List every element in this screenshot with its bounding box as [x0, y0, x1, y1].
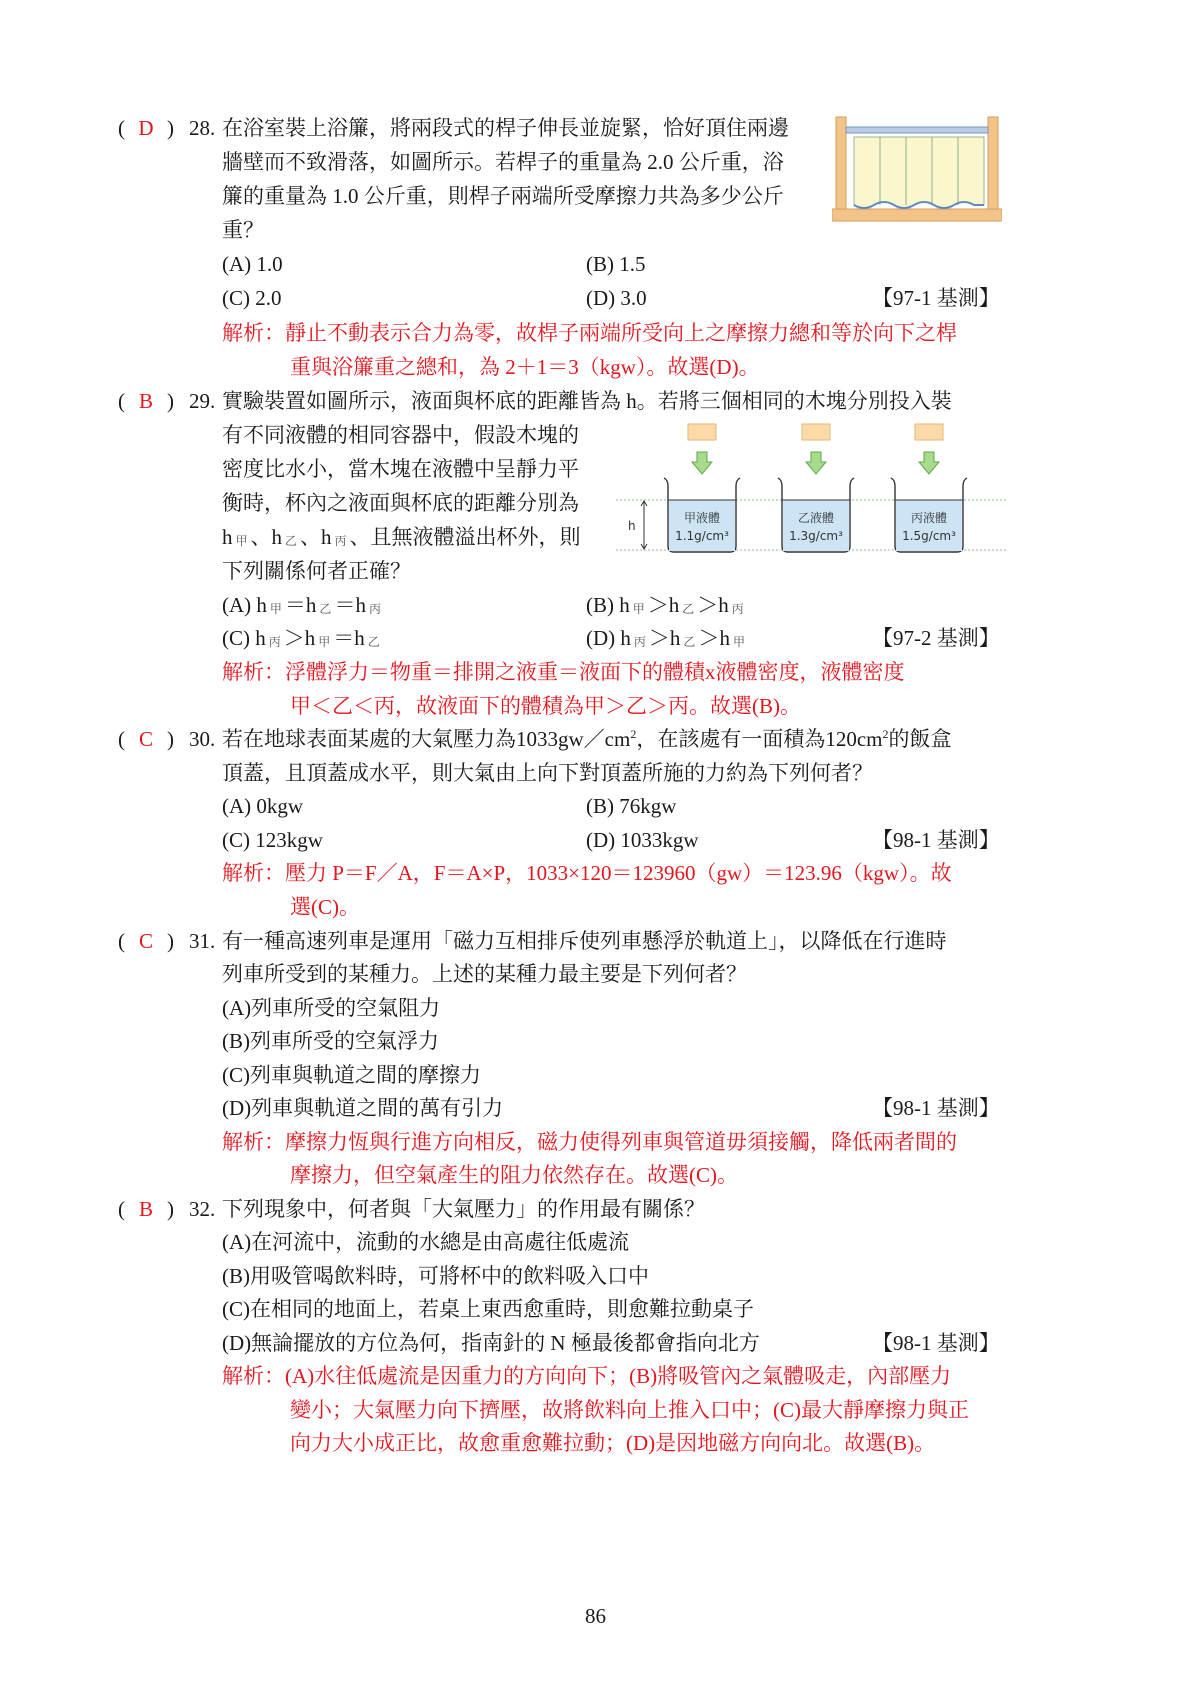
option-c: (C) 2.0 [222, 280, 282, 316]
answer-letter: C [125, 923, 167, 959]
svg-text:1.5g/cm³: 1.5g/cm³ [902, 529, 956, 543]
option-a: (A) 1.0 [222, 246, 283, 282]
exam-source: 【97-1 基測】 [872, 280, 1000, 316]
q30-answer-slot: (C) [118, 721, 174, 757]
svg-text:h: h [628, 519, 636, 533]
exam-source: 【97-2 基測】 [872, 620, 1000, 656]
svg-text:甲液體: 甲液體 [684, 510, 720, 525]
analysis-text: 解析：浮體浮力＝物重＝排開之液重＝液面下的體積x液體密度，液體密度 [222, 654, 905, 690]
exam-source: 【98-1 基測】 [872, 822, 1000, 858]
question-number: 29. [189, 383, 215, 419]
question-stem: 牆壁而不致滑落，如圖所示。若桿子的重量為 2.0 公斤重，浴 [222, 144, 784, 180]
worksheet-page: (D) 28. 在浴室裝上浴簾，將兩段式的桿子伸長並旋緊，恰好頂住兩邊 牆壁而不… [0, 0, 1191, 1684]
option-d: (D) 1033kgw [586, 822, 699, 858]
question-number: 28. [189, 110, 215, 146]
answer-letter: B [125, 1191, 167, 1227]
analysis-text: 向力大小成正比，故愈重愈難拉動；(D)是因地磁方向向北。故選(B)。 [290, 1425, 935, 1461]
answer-letter: B [125, 383, 167, 419]
question-stem: 有一種高速列車是運用「磁力互相排斥使列車懸浮於軌道上」，以降低在行進時 [222, 923, 947, 959]
q28-answer-slot: (D) [118, 110, 174, 146]
option-b: (B)列車所受的空氣浮力 [222, 1023, 439, 1059]
beaker-yi: 乙液體 1.3g/cm³ [778, 424, 854, 552]
page-number: 86 [0, 1604, 1191, 1629]
option-d: (D) 3.0 [586, 280, 647, 316]
option-b: (B) 1.5 [586, 246, 646, 282]
question-number: 30. [189, 721, 215, 757]
analysis-text: 摩擦力，但空氣產生的阻力依然存在。故選(C)。 [290, 1157, 738, 1193]
q29-answer-slot: (B) [118, 383, 174, 419]
question-stem: 頂蓋，且頂蓋成水平，則大氣由上向下對頂蓋所施的力約為下列何者？ [222, 755, 873, 791]
svg-text:丙液體: 丙液體 [911, 510, 947, 525]
svg-text:乙液體: 乙液體 [798, 510, 834, 525]
option-c: (C)列車與軌道之間的摩擦力 [222, 1057, 481, 1093]
analysis-text: 選(C)。 [290, 889, 360, 925]
analysis-text: 解析：摩擦力恆與行進方向相反，磁力使得列車與管道毋須接觸，降低兩者間的 [222, 1124, 957, 1160]
svg-text:1.3g/cm³: 1.3g/cm³ [789, 529, 843, 543]
analysis-text: 重與浴簾重之總和，為 2＋1＝3（kgw）。故選(D)。 [290, 349, 760, 385]
exam-source: 【98-1 基測】 [872, 1325, 1000, 1361]
option-d: (D)列車與軌道之間的萬有引力 [222, 1090, 503, 1126]
question-stem: 實驗裝置如圖所示，液面與杯底的距離皆為 h。若將三個相同的木塊分別投入裝 [222, 383, 952, 419]
q32-answer-slot: (B) [118, 1191, 174, 1227]
shower-curtain-figure [832, 115, 1002, 225]
question-number: 31. [189, 923, 215, 959]
option-c: (C) 123kgw [222, 822, 323, 858]
question-number: 32. [189, 1191, 215, 1227]
question-stem: 列車所受到的某種力。上述的某種力最主要是下列何者？ [222, 956, 747, 992]
question-stem: 密度比水小，當木塊在液體中呈靜力平 [222, 451, 579, 487]
answer-letter: C [125, 721, 167, 757]
option-a: (A)列車所受的空氣阻力 [222, 990, 440, 1026]
option-b: (B) 76kgw [586, 788, 676, 824]
question-stem: 簾的重量為 1.0 公斤重，則桿子兩端所受摩擦力共為多少公斤 [222, 178, 784, 214]
beaker-bing: 丙液體 1.5g/cm³ [891, 424, 967, 552]
option-a: (A) 0kgw [222, 788, 303, 824]
question-stem: 有不同液體的相同容器中，假設木塊的 [222, 417, 579, 453]
option-c: (C)在相同的地面上，若桌上東西愈重時，則愈難拉動桌子 [222, 1291, 754, 1327]
option-a: (A)在河流中，流動的水總是由高處往低處流 [222, 1224, 629, 1260]
question-stem: 若在地球表面某處的大氣壓力為1033gw／cm2，在該處有一面積為120cm2的… [222, 721, 951, 757]
analysis-text: 解析：靜止不動表示合力為零，故桿子兩端所受向上之摩擦力總和等於向下之桿 [222, 315, 957, 351]
question-stem: 重？ [222, 212, 264, 248]
analysis-text: 變小；大氣壓力向下擠壓，故將飲料向上推入口中；(C)最大靜摩擦力與正 [290, 1392, 969, 1428]
svg-text:1.1g/cm³: 1.1g/cm³ [675, 529, 729, 543]
analysis-text: 解析：(A)水往低處流是因重力的方向向下；(B)將吸管內之氣體吸走，內部壓力 [222, 1358, 951, 1394]
question-stem: 下列關係何者正確？ [222, 553, 411, 589]
option-b: (B)用吸管喝飲料時，可將杯中的飲料吸入口中 [222, 1258, 649, 1294]
analysis-text: 解析：壓力 P＝F／A，F＝A×P，1033×120＝123960（gw）＝12… [222, 855, 952, 891]
option-d: (D)無論擺放的方位為何，指南針的 N 極最後都會指向北方 [222, 1325, 760, 1361]
question-stem: 衡時，杯內之液面與杯底的距離分別為 [222, 485, 579, 521]
beaker-jia: 甲液體 1.1g/cm³ [664, 424, 740, 552]
q31-answer-slot: (C) [118, 923, 174, 959]
beaker-experiment-figure: h 甲液體 1.1g/cm³ 乙液體 1.3g/cm³ 丙液體 1. [612, 420, 1012, 555]
answer-letter: D [125, 110, 167, 146]
analysis-text: 甲＜乙＜丙，故液面下的體積為甲＞乙＞丙。故選(B)。 [290, 688, 801, 724]
exam-source: 【98-1 基測】 [872, 1090, 1000, 1126]
question-stem: 在浴室裝上浴簾，將兩段式的桿子伸長並旋緊，恰好頂住兩邊 [222, 110, 789, 146]
question-stem: 下列現象中，何者與「大氣壓力」的作用最有關係？ [222, 1191, 705, 1227]
